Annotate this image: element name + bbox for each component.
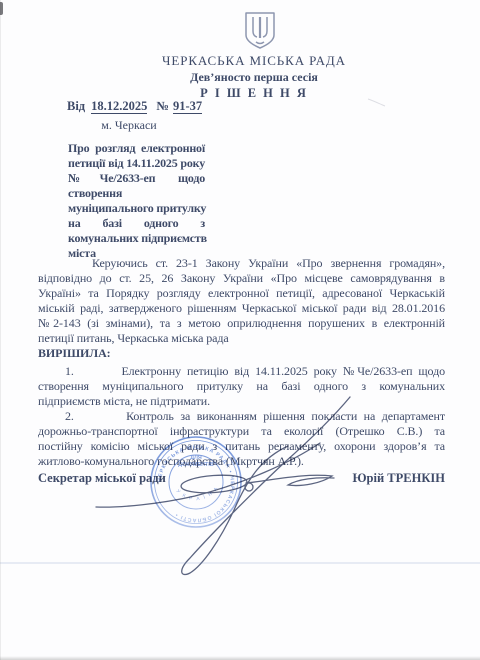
date-prefix: Від: [67, 99, 85, 113]
subject-block: Про розгляд електронної петиції від 14.1…: [68, 141, 205, 261]
item-line: 1. Електронну петицію від 14.11.2025 рок…: [38, 364, 445, 379]
subject-line: на базі одного з: [68, 216, 205, 231]
document-page: ЧЕРКАСЬКА МІСЬКА РАДА Дев’яносто перша с…: [0, 0, 480, 660]
preamble-line: Україні» та Порядку розгляду електронної…: [38, 286, 445, 301]
tryzub-coat-of-arms-icon: [240, 11, 280, 51]
org-name: ЧЕРКАСЬКА МІСЬКА РАДА: [28, 53, 480, 69]
number-sign: №: [156, 99, 169, 113]
doc-date: 18.12.2025: [91, 99, 147, 114]
scan-faint-line: [0, 562, 480, 564]
resolved-label: ВИРІШИЛА:: [38, 346, 445, 361]
decision-item-1: 1. Електронну петицію від 14.11.2025 рок…: [38, 364, 445, 409]
svg-text:У К Р А Ї Н А: У К Р А Ї Н А: [175, 485, 220, 502]
preamble-line: міській раді, затвердженого рішенням Чер…: [38, 301, 445, 316]
doc-meta: Від18.12.2025№91-37 м. Черкаси: [67, 99, 191, 133]
item-line: 2. Контроль за виконанням рішення поклас…: [38, 409, 445, 424]
preamble: Керуючись ст. 23-1 Закону України «Про з…: [38, 256, 445, 346]
preamble-line: Керуючись ст. 23-1 Закону України «Про з…: [38, 256, 445, 271]
stamp-bottom-text: У К Р А Ї Н А: [175, 485, 220, 502]
subject-line: муніципального притулку: [68, 201, 205, 216]
city-line: м. Черкаси: [67, 118, 191, 133]
subject-line: Про розгляд електронної: [68, 141, 205, 156]
item-line: створення муніципального притулку на баз…: [38, 379, 445, 394]
document-header: ЧЕРКАСЬКА МІСЬКА РАДА Дев’яносто перша с…: [28, 53, 480, 101]
item-line: підприємств міста, не підтримати.: [38, 394, 445, 409]
stamp-center-line2: ДОКУМЕНТІВ: [178, 462, 214, 468]
scan-edge: [0, 0, 1, 660]
preamble-line: №2-143 (зі змінами), та з метою оприлюдн…: [38, 316, 445, 331]
subject-line: створення: [68, 186, 205, 201]
preamble-line: петиції питань, Черкаська міська рада: [38, 331, 445, 346]
date-line: Від18.12.2025№91-37: [67, 99, 191, 114]
stamp-center-line1: ДЛЯ: [190, 455, 202, 461]
doc-number: 91-37: [173, 99, 202, 114]
signatory-name: Юрій ТРЕНКІН: [352, 471, 445, 486]
scan-bottom-shadow: [0, 656, 480, 660]
subject-line: комунальних підприємств: [68, 231, 205, 246]
session-line: Дев’яносто перша сесія: [28, 70, 480, 85]
scan-corner-mark: [0, 2, 3, 15]
preamble-line: відповідно до ст. 25, 26 Закону України …: [38, 271, 445, 286]
official-stamp: ЧЕРКАСЬКА МІСЬКА РАДА • ЧЕРКАСЬКОЇ ОБЛАС…: [146, 432, 246, 532]
subject-line: петиції від 14.11.2025 року: [68, 156, 205, 171]
subject-line: №Че/2633-еп щодо: [68, 171, 205, 186]
